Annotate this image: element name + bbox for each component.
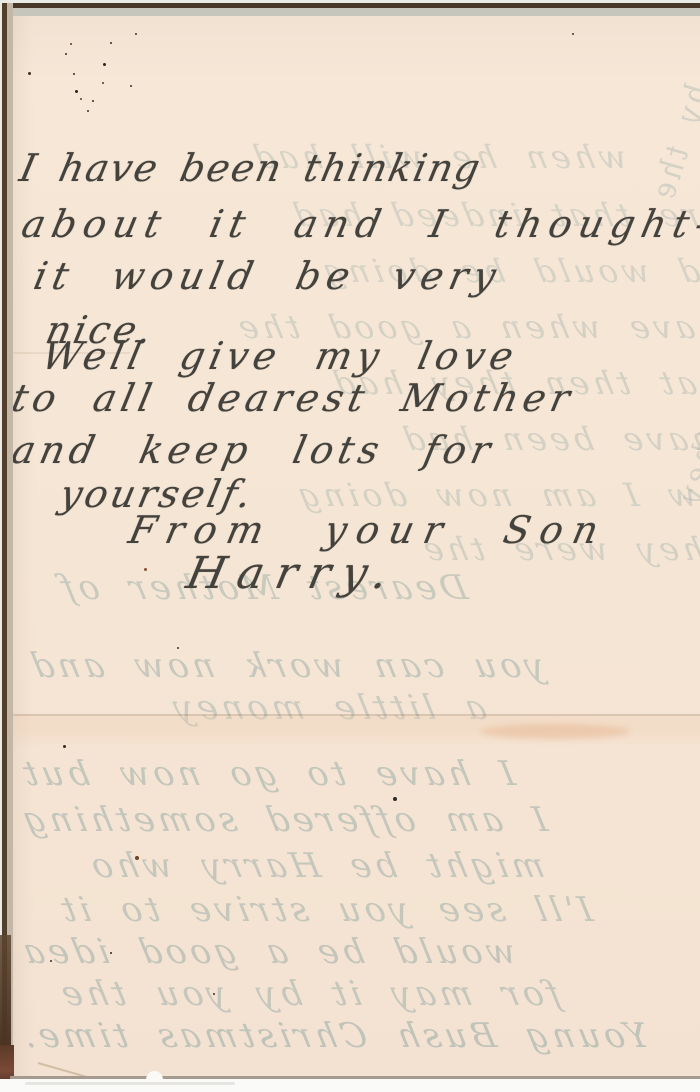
bottom-edge-notch	[146, 1071, 163, 1082]
scanner-background-bottom	[0, 1079, 700, 1092]
letter-paper: when he will had before that indeed had …	[0, 16, 700, 1076]
ink-speck	[135, 33, 137, 35]
ink-speck	[73, 73, 75, 75]
ink-speck	[28, 72, 31, 75]
bleedthrough-line: I have to go now but	[16, 754, 519, 794]
ink-speck	[92, 100, 94, 102]
bleedthrough-edge-fragment: by the	[645, 78, 700, 210]
scanned-letter-page: when he will had before that indeed had …	[0, 0, 700, 1092]
ink-speck	[130, 85, 132, 87]
letter-line-5: Well give my love	[38, 334, 522, 378]
ink-speck	[80, 98, 82, 100]
bleedthrough-line: for may it by you the	[54, 974, 564, 1014]
bleedthrough-line: might be Harry who	[84, 846, 548, 886]
signature-harry: Harry.	[182, 548, 405, 599]
letter-line-6: to all dearest Mother	[8, 376, 579, 420]
ink-speck	[135, 856, 139, 860]
letter-line-3: it would be very	[30, 254, 506, 298]
ink-speck	[50, 960, 52, 962]
ink-speck	[102, 82, 104, 84]
page-top-shadow	[0, 8, 700, 16]
page-corner-shadow	[0, 935, 11, 1050]
bleedthrough-line: I'll see you strive to it	[54, 890, 597, 930]
ink-speck	[110, 952, 112, 954]
ink-speck	[213, 993, 215, 995]
letter-closing: From your Son	[125, 508, 612, 552]
ink-speck	[63, 745, 66, 748]
page-left-edge	[0, 3, 16, 1076]
letter-line-7: and keep lots for	[8, 428, 499, 472]
ink-speck	[144, 568, 147, 571]
ink-speck	[65, 53, 67, 55]
ink-speck	[70, 43, 72, 45]
letter-line-1: I have been thinking	[16, 146, 486, 190]
scanner-smudge	[25, 1082, 235, 1085]
ink-speck	[110, 42, 112, 44]
ink-speck	[87, 110, 89, 112]
ink-speck	[393, 797, 397, 801]
ink-speck	[572, 33, 574, 35]
ink-speck	[177, 647, 179, 649]
corner-crease	[38, 1062, 159, 1076]
ink-speck	[103, 63, 106, 66]
bleedthrough-line: you can work now and	[24, 646, 548, 686]
bleedthrough-line: would be a good idea	[16, 932, 520, 972]
letter-line-2: about it and I thought-	[18, 202, 700, 246]
bleedthrough-line: Young Bush Christmas time.	[16, 1016, 653, 1056]
bleedthrough-line: I am offered something	[16, 800, 551, 840]
fold-crease-stain	[480, 724, 630, 739]
ink-speck	[75, 90, 78, 93]
